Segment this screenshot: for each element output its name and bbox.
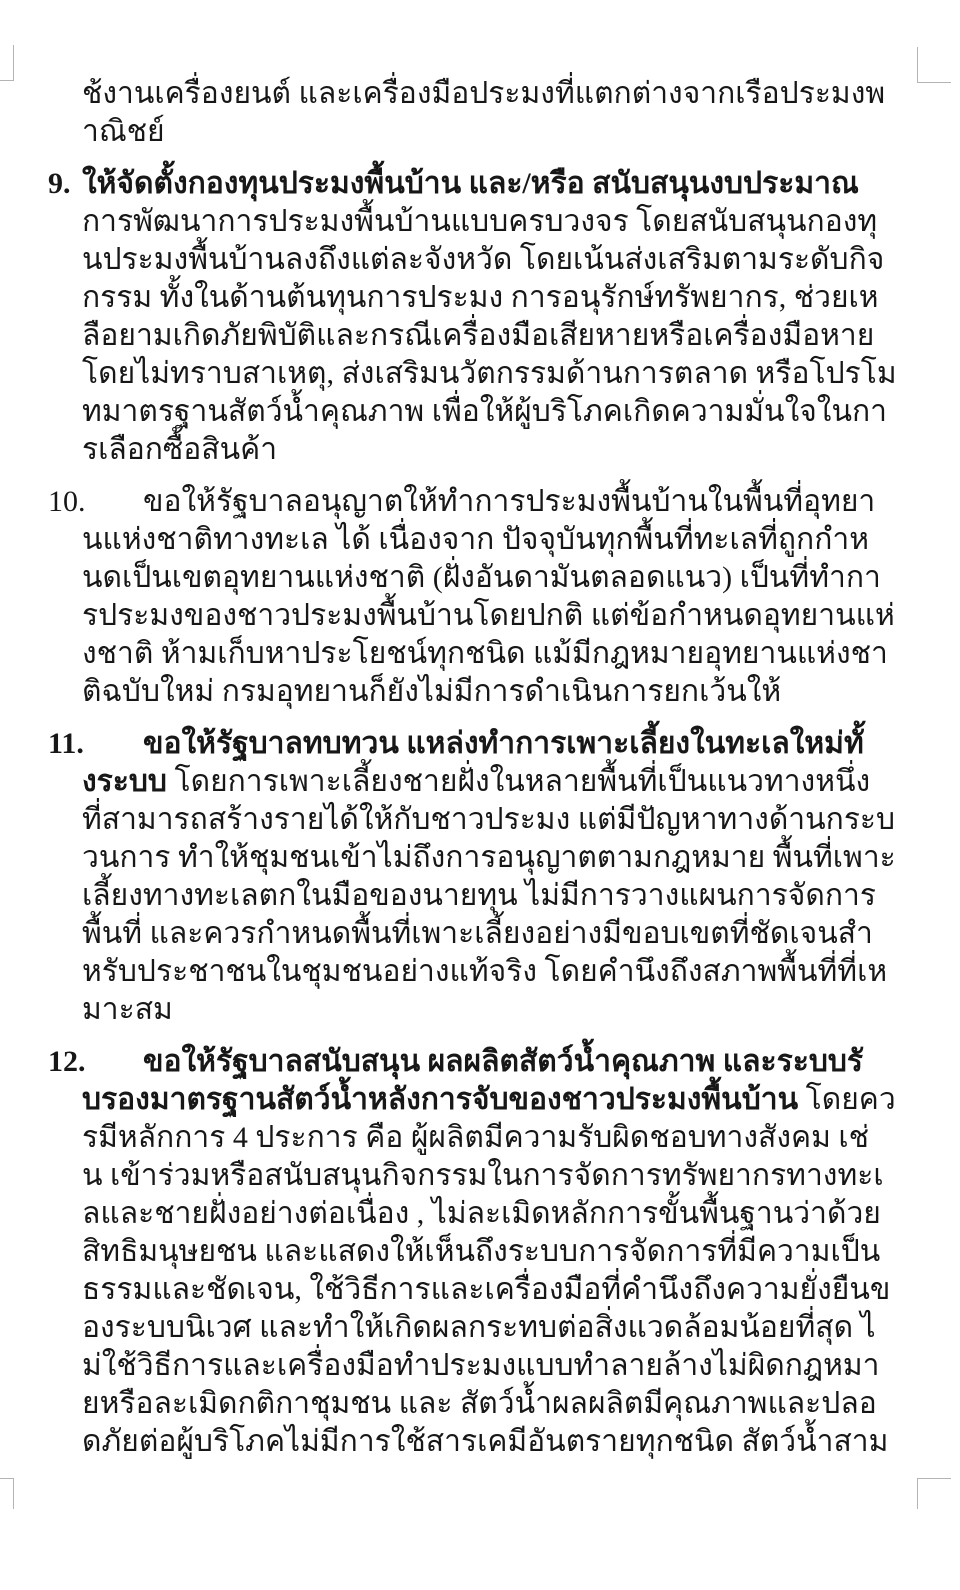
text-line: มาะสม xyxy=(0,991,960,1029)
text-segment: น เข้าร่วมหรือสนับสนุนกิจกรรมในการจัดการ… xyxy=(82,1159,884,1192)
text-segment: โดยการเพาะเลี้ยงชายฝั่งในหลายพื้นที่เป็น… xyxy=(167,765,870,798)
text-segment-bold: งระบบ xyxy=(82,765,167,798)
text-segment: นประมงพื้นบ้านลงถึงแต่ละจังหวัด โดยเน้นส… xyxy=(82,243,884,276)
text-line: งชาติ ห้ามเก็บหาประโยชน์ทุกชนิด แม้มีกฎห… xyxy=(0,635,960,673)
text-segment: กรรม ทั้งในด้านต้นทุนการประมง การอนุรักษ… xyxy=(82,281,879,314)
text-line: ยหรือละเมิดกติกาชุมชน และ สัตว์น้ำผลผลิต… xyxy=(0,1385,960,1423)
text-line: สิทธิมนุษยชน และแสดงให้เห็นถึงระบบการจัด… xyxy=(0,1233,960,1271)
text-line: การพัฒนาการประมงพื้นบ้านแบบครบวงจร โดยสน… xyxy=(0,203,960,241)
text-segment: ธรรมและชัดเจน, ใช้วิธีการและเครื่องมือที… xyxy=(82,1273,890,1306)
text-line: 12.ขอให้รัฐบาลสนับสนุน ผลผลิตสัตว์น้ำคุณ… xyxy=(0,1043,960,1081)
document-page: ช้งานเครื่องยนต์ และเครื่องมือประมงที่แต… xyxy=(0,0,960,1590)
text-line: าณิชย์ xyxy=(0,113,960,151)
text-segment: เลี้ยงทางทะเลตกในมือของนายทุน ไม่มีการวา… xyxy=(82,879,876,912)
text-line: 9.ให้จัดตั้งกองทุนประมงพื้นบ้าน และ/หรือ… xyxy=(0,165,960,203)
text-line: งระบบ โดยการเพาะเลี้ยงชายฝั่งในหลายพื้นท… xyxy=(0,763,960,801)
text-segment: สิทธิมนุษยชน และแสดงให้เห็นถึงระบบการจัด… xyxy=(82,1235,880,1268)
text-segment: รประมงของชาวประมงพื้นบ้านโดยปกติ แต่ข้อก… xyxy=(82,599,895,632)
text-segment: ลและชายฝั่งอย่างต่อเนื่อง , ไม่ละเมิดหลั… xyxy=(82,1197,881,1230)
item-number: 11. xyxy=(48,725,143,763)
text-line: วนการ ทำให้ชุมชนเข้าไม่ถึงการอนุญาตตามกฎ… xyxy=(0,839,960,877)
list-item-10: 10.ขอให้รัฐบาลอนุญาตให้ทำการประมงพื้นบ้า… xyxy=(0,483,960,711)
text-line: โดยไม่ทราบสาเหตุ, ส่งเสริมนวัตกรรมด้านกา… xyxy=(0,355,960,393)
text-line: 10.ขอให้รัฐบาลอนุญาตให้ทำการประมงพื้นบ้า… xyxy=(0,483,960,521)
list-item-11: 11.ขอให้รัฐบาลทบทวน แหล่งทำการเพาะเลี้ยง… xyxy=(0,725,960,1029)
text-segment: ดภัยต่อผู้บริโภคไม่มีการใช้สารเคมีอันตรา… xyxy=(82,1425,888,1458)
text-line: นดเป็นเขตอุทยานแห่งชาติ (ฝั่งอันดามันตลอ… xyxy=(0,559,960,597)
text-segment: การพัฒนาการประมงพื้นบ้านแบบครบวงจร โดยสน… xyxy=(82,205,877,238)
text-line: ทมาตรฐานสัตว์น้ำคุณภาพ เพื่อให้ผู้บริโภค… xyxy=(0,393,960,431)
text-segment: องระบบนิเวศ และทำให้เกิดผลกระทบต่อสิ่งแว… xyxy=(82,1311,876,1344)
text-segment: ที่สามารถสร้างรายได้ให้กับชาวประมง แต่มี… xyxy=(82,803,895,836)
text-segment-bold: ให้จัดตั้งกองทุนประมงพื้นบ้าน และ/หรือ ส… xyxy=(82,167,859,200)
text-segment-bold: ขอให้รัฐบาลทบทวน แหล่งทำการเพาะเลี้ยงในท… xyxy=(143,727,864,760)
text-line: ธรรมและชัดเจน, ใช้วิธีการและเครื่องมือที… xyxy=(0,1271,960,1309)
document-content: ช้งานเครื่องยนต์ และเครื่องมือประมงที่แต… xyxy=(0,75,960,1461)
text-line: ที่สามารถสร้างรายได้ให้กับชาวประมง แต่มี… xyxy=(0,801,960,839)
text-line: ลและชายฝั่งอย่างต่อเนื่อง , ไม่ละเมิดหลั… xyxy=(0,1195,960,1233)
text-line: ติฉบับใหม่ กรมอุทยานก็ยังไม่มีการดำเนินก… xyxy=(0,673,960,711)
text-line: นประมงพื้นบ้านลงถึงแต่ละจังหวัด โดยเน้นส… xyxy=(0,241,960,279)
text-boundary-mark-bottom-left xyxy=(0,1478,14,1509)
text-segment: ช้งานเครื่องยนต์ และเครื่องมือประมงที่แต… xyxy=(82,77,885,110)
item-number: 9. xyxy=(48,165,82,203)
text-line: น เข้าร่วมหรือสนับสนุนกิจกรรมในการจัดการ… xyxy=(0,1157,960,1195)
text-segment: วนการ ทำให้ชุมชนเข้าไม่ถึงการอนุญาตตามกฎ… xyxy=(82,841,896,874)
text-segment-bold: ขอให้รัฐบาลสนับสนุน ผลผลิตสัตว์น้ำคุณภาพ… xyxy=(143,1045,863,1078)
text-line: รมีหลักการ 4 ประการ คือ ผู้ผลิตมีความรับ… xyxy=(0,1119,960,1157)
text-segment: นดเป็นเขตอุทยานแห่งชาติ (ฝั่งอันดามันตลอ… xyxy=(82,561,881,594)
text-segment: ม่ใช้วิธีการและเครื่องมือทำประมงแบบทำลาย… xyxy=(82,1349,879,1382)
text-line: 11.ขอให้รัฐบาลทบทวน แหล่งทำการเพาะเลี้ยง… xyxy=(0,725,960,763)
text-segment: หรับประชาชนในชุมชนอย่างแท้จริง โดยคำนึงถ… xyxy=(82,955,887,988)
text-line: รเลือกซื้อสินค้า xyxy=(0,431,960,469)
text-segment: ยหรือละเมิดกติกาชุมชน และ สัตว์น้ำผลผลิต… xyxy=(82,1387,877,1420)
text-segment: รมีหลักการ 4 ประการ คือ ผู้ผลิตมีความรับ… xyxy=(82,1121,869,1154)
text-segment: ทมาตรฐานสัตว์น้ำคุณภาพ เพื่อให้ผู้บริโภค… xyxy=(82,395,887,428)
text-line: ดภัยต่อผู้บริโภคไม่มีการใช้สารเคมีอันตรา… xyxy=(0,1423,960,1461)
text-segment: ลือยามเกิดภัยพิบัติและกรณีเครื่องมือเสีย… xyxy=(82,319,874,352)
text-boundary-mark-bottom-right xyxy=(917,1478,951,1509)
text-segment: มาะสม xyxy=(82,993,173,1026)
intro-paragraph: ช้งานเครื่องยนต์ และเครื่องมือประมงที่แต… xyxy=(0,75,960,151)
text-segment: โดยคว xyxy=(798,1083,896,1116)
text-line: องระบบนิเวศ และทำให้เกิดผลกระทบต่อสิ่งแว… xyxy=(0,1309,960,1347)
text-line: กรรม ทั้งในด้านต้นทุนการประมง การอนุรักษ… xyxy=(0,279,960,317)
text-line: บรองมาตรฐานสัตว์น้ำหลังการจับของชาวประมง… xyxy=(0,1081,960,1119)
text-line: ช้งานเครื่องยนต์ และเครื่องมือประมงที่แต… xyxy=(0,75,960,113)
text-line: หรับประชาชนในชุมชนอย่างแท้จริง โดยคำนึงถ… xyxy=(0,953,960,991)
text-line: นแห่งชาติทางทะเล ได้ เนื่องจาก ปัจจุบันท… xyxy=(0,521,960,559)
text-segment: ติฉบับใหม่ กรมอุทยานก็ยังไม่มีการดำเนินก… xyxy=(82,675,781,708)
text-line: รประมงของชาวประมงพื้นบ้านโดยปกติ แต่ข้อก… xyxy=(0,597,960,635)
text-segment: ขอให้รัฐบาลอนุญาตให้ทำการประมงพื้นบ้านใน… xyxy=(143,485,875,518)
text-line: ม่ใช้วิธีการและเครื่องมือทำประมงแบบทำลาย… xyxy=(0,1347,960,1385)
item-number: 10. xyxy=(48,483,143,521)
item-number: 12. xyxy=(48,1043,143,1081)
text-segment: นแห่งชาติทางทะเล ได้ เนื่องจาก ปัจจุบันท… xyxy=(82,523,869,556)
text-segment-bold: บรองมาตรฐานสัตว์น้ำหลังการจับของชาวประมง… xyxy=(82,1083,798,1116)
list-item-9: 9.ให้จัดตั้งกองทุนประมงพื้นบ้าน และ/หรือ… xyxy=(0,165,960,469)
text-segment: รเลือกซื้อสินค้า xyxy=(82,433,277,466)
text-line: ลือยามเกิดภัยพิบัติและกรณีเครื่องมือเสีย… xyxy=(0,317,960,355)
text-line: พื้นที่ และควรกำหนดพื้นที่เพาะเลี้ยงอย่า… xyxy=(0,915,960,953)
text-segment: พื้นที่ และควรกำหนดพื้นที่เพาะเลี้ยงอย่า… xyxy=(82,917,873,950)
text-segment: าณิชย์ xyxy=(82,115,165,148)
text-segment: โดยไม่ทราบสาเหตุ, ส่งเสริมนวัตกรรมด้านกา… xyxy=(82,357,897,390)
text-segment: งชาติ ห้ามเก็บหาประโยชน์ทุกชนิด แม้มีกฎห… xyxy=(82,637,888,670)
list-item-12: 12.ขอให้รัฐบาลสนับสนุน ผลผลิตสัตว์น้ำคุณ… xyxy=(0,1043,960,1461)
text-line: เลี้ยงทางทะเลตกในมือของนายทุน ไม่มีการวา… xyxy=(0,877,960,915)
